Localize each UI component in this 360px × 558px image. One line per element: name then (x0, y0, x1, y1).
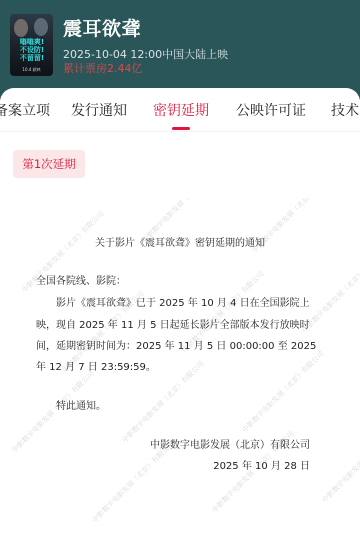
movie-header: 嗡嗡爽! 不设防! 不留留! 10.4 献映 震耳欲聋 2025-10-04 1… (0, 0, 360, 100)
tab-distribution-notice[interactable]: 发行通知 (71, 100, 127, 120)
active-tab-indicator (172, 127, 190, 130)
notice-title: 关于影片《震耳欲聋》密钥延期的通知 (0, 234, 360, 249)
movie-title: 震耳欲聋 (63, 14, 141, 41)
poster-slogan: 嗡嗡爽! 不设防! 不留留! (13, 38, 51, 62)
movie-poster[interactable]: 嗡嗡爽! 不设防! 不留留! 10.4 献映 (10, 14, 53, 76)
notice-document: 中影数字电影发展（北京）有限公司 中影数字电影发展（北京）有限公司 中影数字电影… (0, 198, 360, 558)
tab-key-extension[interactable]: 密钥延期 (153, 100, 209, 120)
notice-salutation: 全国各院线、影院： (36, 272, 126, 287)
notice-body-line: 映，现自 2025 年 11 月 5 日起延长影片全部版本发行放映时 (36, 316, 310, 331)
box-office: 累计票房2.44亿 (63, 60, 143, 76)
poster-credit: 10.4 献映 (10, 67, 53, 73)
notice-closing: 特此通知。 (56, 397, 106, 412)
notice-body-line: 间，延期密钥时间为：2025 年 11 月 5 日 00:00:00 至 202… (36, 337, 316, 352)
notice-date: 2025 年 10 月 28 日 (213, 457, 310, 472)
extension-badge[interactable]: 第1次延期 (13, 150, 85, 178)
watermark: 中影数字电影发展（北京）有限公司 (320, 419, 360, 505)
tab-filing[interactable]: 备案立项 (0, 100, 50, 120)
watermark: 中影数字电影发展（北京）有限公司 (240, 349, 326, 435)
tab-screening-license[interactable]: 公映许可证 (236, 100, 306, 120)
notice-body-line: 年 12 月 7 日 23:59:59。 (36, 358, 156, 373)
poster-figure (14, 19, 28, 37)
notice-body-line: 影片《震耳欲聋》已于 2025 年 10 月 4 日在全国影院上 (56, 294, 310, 309)
tab-technical[interactable]: 技术 (331, 100, 359, 120)
content-card: 备案立项 发行通知 密钥延期 公映许可证 技术 第1次延期 中影数字电影发展（北… (0, 88, 360, 558)
watermark: 中影数字电影发展（北京）有限公司 (90, 439, 176, 525)
notice-signature: 中影数字电影发展（北京）有限公司 (150, 436, 310, 451)
poster-figure (34, 18, 48, 36)
tab-bar: 备案立项 发行通知 密钥延期 公映许可证 技术 (0, 88, 360, 132)
